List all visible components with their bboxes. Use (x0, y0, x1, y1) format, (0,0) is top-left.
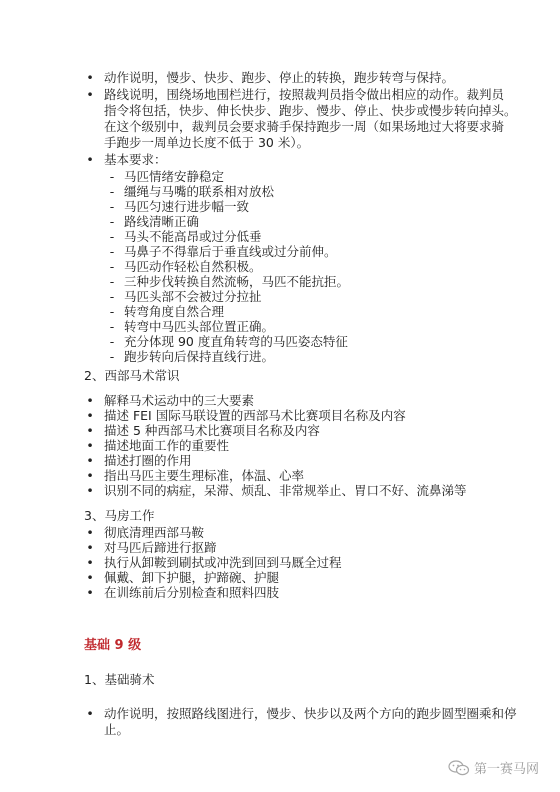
requirement-item: 转弯角度自然合理 (124, 304, 224, 320)
requirement-item: 马匹动作轻松自然积极。 (124, 259, 262, 275)
action-description: 动作说明，慢步、快步、跑步、停止的转换，跑步转弯与保持。 (104, 70, 454, 86)
section-title-western-knowledge: 2、西部马术常识 (84, 368, 179, 384)
requirement-item: 三种步伐转换自然流畅，马匹不能抗拒。 (124, 274, 349, 290)
dash: - (108, 274, 116, 290)
stable-item: 彻底清理西部马鞍 (104, 525, 204, 541)
dash: - (108, 244, 116, 260)
requirement-item: 路线清晰正确 (124, 214, 199, 230)
level9-action-line-1: 动作说明，按照路线图进行，慢步、快步以及两个方向的跑步圆型圈乘和停 (104, 706, 517, 722)
bullet-dot: • (86, 570, 94, 586)
knowledge-item: 描述地面工作的重要性 (104, 438, 229, 454)
level-9-heading: 基础 9 级 (84, 638, 141, 654)
knowledge-item: 解释马术运动中的三大要素 (104, 393, 254, 409)
watermark-text: 第一赛马网 (474, 758, 539, 777)
bullet-dot: • (86, 585, 94, 601)
bullet-dot: • (86, 87, 94, 103)
dash: - (108, 169, 116, 185)
bullet-dot: • (86, 393, 94, 409)
requirement-item: 马匹匀速行进步幅一致 (124, 199, 249, 215)
bullet-dot: • (86, 706, 94, 722)
knowledge-item: 描述 5 种西部马术比赛项目名称及内容 (104, 423, 320, 439)
requirement-item: 马匹情绪安静稳定 (124, 169, 224, 185)
basic-requirements-label: 基本要求： (104, 152, 167, 168)
bullet-dot: • (86, 540, 94, 556)
bullet-dot: • (86, 555, 94, 571)
dash: - (108, 334, 116, 350)
route-description-line-4: 手跑步一周单边长度不低于 30 米）。 (104, 135, 309, 151)
bullet-dot: • (86, 468, 94, 484)
dash: - (108, 289, 116, 305)
requirement-item: 马匹头部不会被过分拉扯 (124, 289, 262, 305)
route-description-line-2: 指令将包括，快步、伸长快步、跑步、慢步、停止、快步或慢步转向掉头。 (104, 103, 517, 119)
knowledge-item: 描述 FEI 国际马联设置的西部马术比赛项目名称及内容 (104, 408, 406, 424)
dash: - (108, 259, 116, 275)
bullet-dot: • (86, 453, 94, 469)
stable-item: 对马匹后蹄进行抠蹄 (104, 540, 217, 556)
dash: - (108, 184, 116, 200)
requirement-item: 缰绳与马嘴的联系相对放松 (124, 184, 274, 200)
wechat-icon (448, 760, 470, 776)
document-page: • 动作说明，慢步、快步、跑步、停止的转换，跑步转弯与保持。 • 路线说明，围绕… (0, 0, 560, 792)
stable-item: 执行从卸鞍到刷拭或冲洗到回到马厩全过程 (104, 555, 342, 571)
dash: - (108, 214, 116, 230)
bullet-dot: • (86, 423, 94, 439)
dash: - (108, 304, 116, 320)
bullet-dot: • (86, 408, 94, 424)
subsection-title-basic-riding: 1、基础骑术 (84, 672, 154, 688)
requirement-item: 转弯中马匹头部位置正确。 (124, 319, 274, 335)
dash: - (108, 229, 116, 245)
stable-item: 佩戴、卸下护腿，护蹄碗、护腿 (104, 570, 279, 586)
section-title-stable-work: 3、马房工作 (84, 508, 154, 524)
requirement-item: 马鼻子不得靠后于垂直线或过分前伸。 (124, 244, 337, 260)
dash: - (108, 319, 116, 335)
route-description-line-1: 路线说明，围绕场地围栏进行，按照裁判员指令做出相应的动作。裁判员 (104, 87, 504, 103)
bullet-dot: • (86, 70, 94, 86)
requirement-item: 马头不能高昂或过分低垂 (124, 229, 262, 245)
stable-item: 在训练前后分别检查和照料四肢 (104, 585, 279, 601)
bullet-dot: • (86, 152, 94, 168)
knowledge-item: 描述打圈的作用 (104, 453, 192, 469)
bullet-dot: • (86, 438, 94, 454)
route-description-line-3: 在这个级别中，裁判员会要求骑手保持跑步一周（如果场地过大将要求骑 (104, 119, 504, 135)
level9-action-line-2: 止。 (104, 722, 129, 738)
watermark: 第一赛马网 (448, 758, 539, 777)
dash: - (108, 349, 116, 365)
bullet-dot: • (86, 525, 94, 541)
requirement-item: 跑步转向后保持直线行进。 (124, 349, 274, 365)
knowledge-item: 识别不同的病症，呆滞、烦乱、非常规举止、胃口不好、流鼻涕等 (104, 483, 467, 499)
dash: - (108, 199, 116, 215)
requirement-item: 充分体现 90 度直角转弯的马匹姿态特征 (124, 334, 348, 350)
bullet-dot: • (86, 483, 94, 499)
knowledge-item: 指出马匹主要生理标准，体温、心率 (104, 468, 304, 484)
